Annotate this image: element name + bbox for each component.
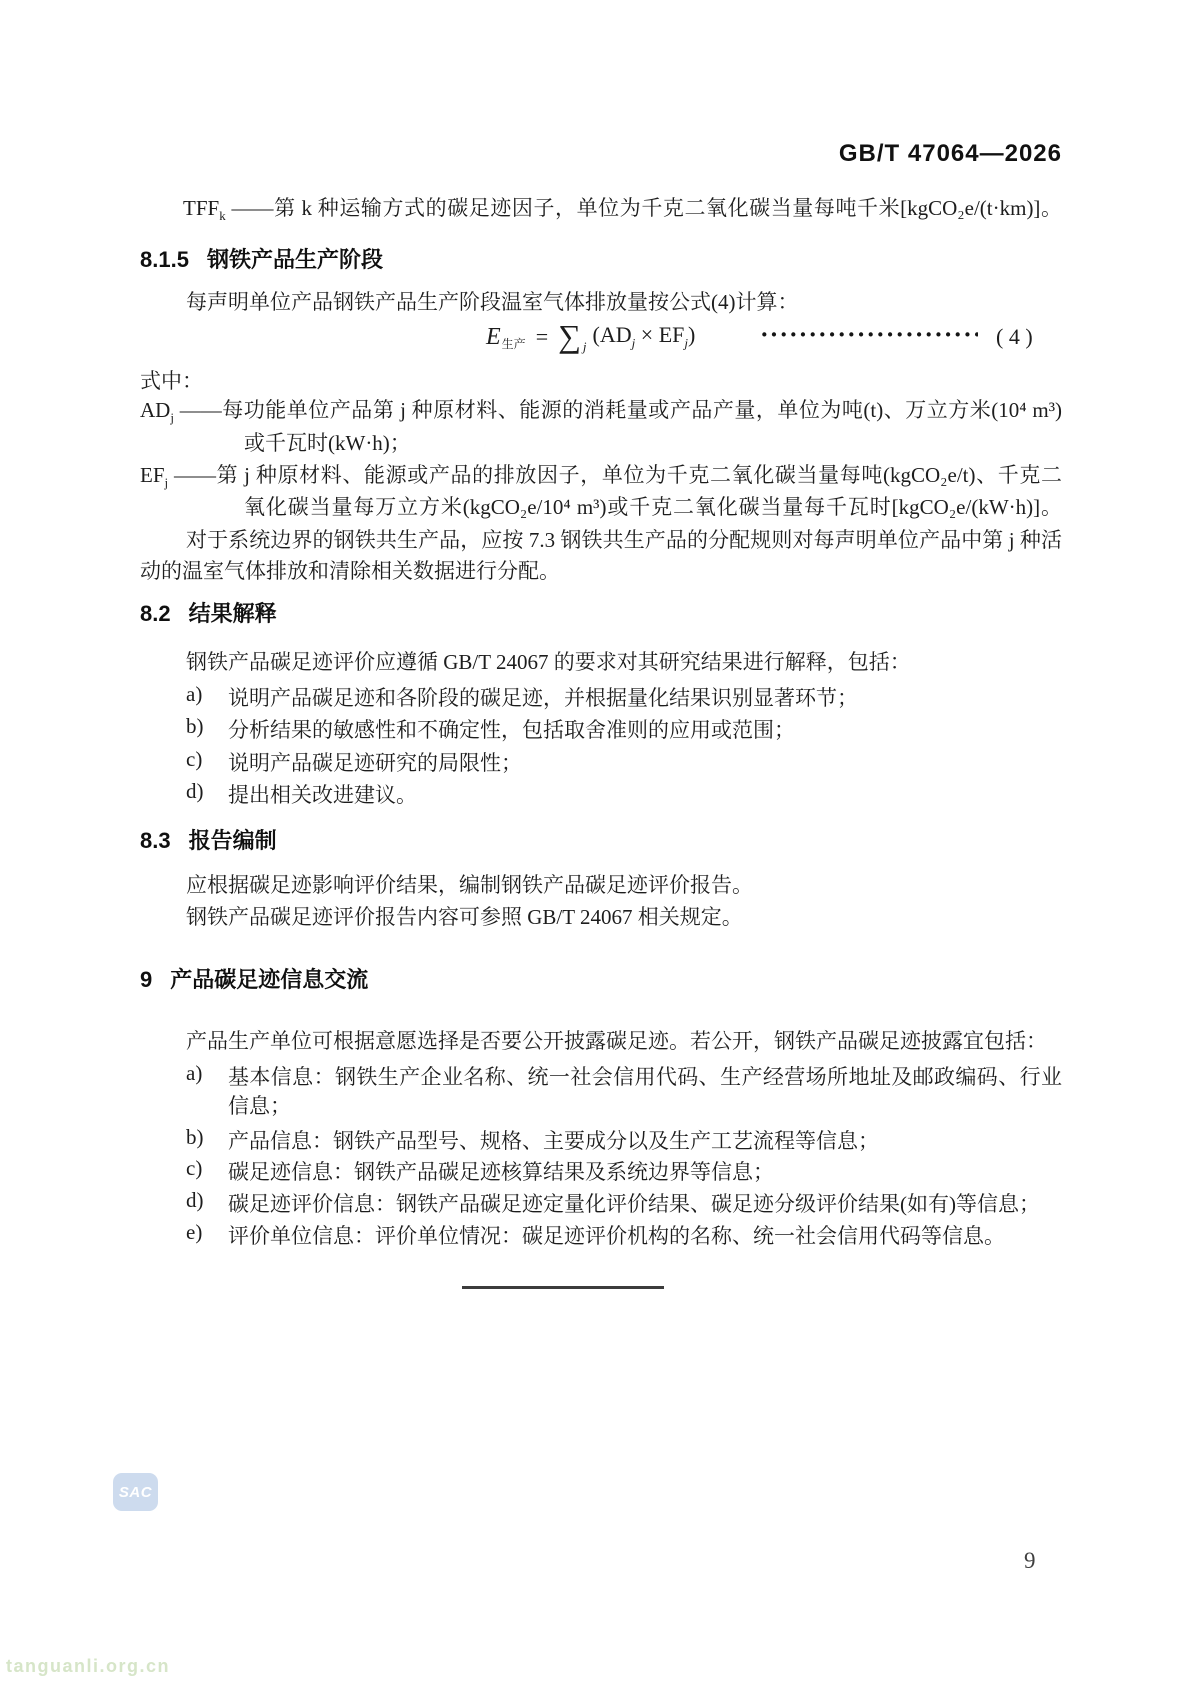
list-item: b)产品信息：钢铁产品型号、规格、主要成分以及生产工艺流程等信息； [186,1125,879,1155]
list-item-label: d) [186,1188,228,1218]
ef-definition-text: ——第 j 种原材料、能源或产品的排放因子，单位为千克二氧化碳当量每吨(kgCO… [168,463,1062,487]
list-item-label: b) [186,714,228,744]
list-item: e)评价单位信息：评价单位情况：碳足迹评价机构的名称、统一社会信用代码等信息。 [186,1220,1005,1250]
doc-number: GB/T 47064—2026 [839,140,1062,168]
list-item-text: 产品信息：钢铁产品型号、规格、主要成分以及生产工艺流程等信息； [228,1125,879,1155]
equation-term: (ADj × EFj) [593,322,696,351]
equation-lhs: E [486,324,501,351]
heading-number: 8.1.5 [140,247,189,272]
ad-definition-line: ADj ——每功能单位产品第 j 种原材料、能源的消耗量或产品产量，单位为吨(t… [140,397,1062,426]
tff-definition-text: ——第 k 种运输方式的碳足迹因子，单位为千克二氧化碳当量每吨千米[kgCO₂e… [226,196,1062,220]
equation-lhs-subscript: 生产 [502,335,526,352]
equation-4: E生产 = ∑j (ADj × EFj) [486,318,695,356]
list-item: a)说明产品碳足迹和各阶段的碳足迹，并根据量化结果识别显著环节； [186,682,858,712]
heading-number: 9 [140,967,152,992]
list-item: a)基本信息：钢铁生产企业名称、统一社会信用代码、生产经营场所地址及邮政编码、行… [186,1061,1062,1091]
list-item-text: 提出相关改进建议。 [228,779,417,809]
heading-title: 产品碳足迹信息交流 [170,967,368,992]
ef-definition-line: EFj ——第 j 种原材料、能源或产品的排放因子，单位为千克二氧化碳当量每吨(… [140,462,1062,491]
heading-title: 报告编制 [189,828,277,853]
ad-definition-continuation: 或千瓦时(kW·h)； [244,430,411,456]
list-item-text: 基本信息：钢铁生产企业名称、统一社会信用代码、生产经营场所地址及邮政编码、行业分… [228,1061,1062,1091]
ad-definition-text: ——每功能单位产品第 j 种原材料、能源的消耗量或产品产量，单位为吨(t)、万立… [174,398,1062,422]
list-item-label: a) [186,1061,228,1091]
list-item-text: 评价单位信息：评价单位情况：碳足迹评价机构的名称、统一社会信用代码等信息。 [228,1220,1005,1250]
interpretation-intro: 钢铁产品碳足迹评价应遵循 GB/T 24067 的要求对其研究结果进行解释，包括… [186,649,911,675]
where-label: 式中： [140,368,203,394]
heading-8-3: 8.3报告编制 [140,824,277,855]
equals-sign: = [536,324,548,350]
heading-8-1-5: 8.1.5钢铁产品生产阶段 [140,243,383,274]
list-item-text: 说明产品碳足迹研究的局限性； [228,747,522,777]
list-item: d)提出相关改进建议。 [186,779,417,809]
page-number: 9 [1024,1548,1036,1574]
heading-number: 8.2 [140,601,171,626]
formula-intro-paragraph: 每声明单位产品钢铁产品生产阶段温室气体排放量按公式(4)计算： [186,289,798,315]
disclosure-intro: 产品生产单位可根据意愿选择是否要公开披露碳足迹。若公开，钢铁产品碳足迹披露宜包括… [186,1028,1047,1054]
sigma-symbol: ∑ [558,320,581,352]
heading-8-2: 8.2结果解释 [140,597,277,628]
tff-definition-line: TFFk ——第 k 种运输方式的碳足迹因子，单位为千克二氧化碳当量每吨千米[k… [183,195,1062,224]
allocation-paragraph-line2: 动的温室气体排放和清除相关数据进行分配。 [140,558,560,584]
site-watermark: tanguanli.org.cn [6,1656,170,1677]
list-item: c)说明产品碳足迹研究的局限性； [186,747,522,777]
sigma-subscript: j [583,339,587,355]
standard-document-page: GB/T 47064—2026 TFFk ——第 k 种运输方式的碳足迹因子，单… [0,0,1190,1684]
tff-symbol: TFF [183,196,219,220]
equation-number: ( 4 ) [996,324,1033,350]
heading-title: 结果解释 [189,601,277,626]
section-end-divider [462,1286,664,1289]
list-item-continuation: 信息； [228,1093,291,1119]
list-item-label: b) [186,1125,228,1155]
allocation-paragraph-line1: 对于系统边界的钢铁共生产品，应按 7.3 钢铁共生产品的分配规则对每声明单位产品… [186,527,1062,553]
ad-symbol: AD [140,398,170,422]
list-item-label: d) [186,779,228,809]
equation-dot-leader: ········································… [760,320,978,354]
list-item: b)分析结果的敏感性和不确定性，包括取舍准则的应用或范围； [186,714,795,744]
sac-logo: SAC [113,1473,158,1511]
ef-definition-continuation: 氧化碳当量每万立方米(kgCO₂e/10⁴ m³)或千克二氧化碳当量每千瓦时[k… [244,494,1062,520]
list-item-label: e) [186,1220,228,1250]
ef-symbol: EF [140,463,165,487]
report-paragraph-2: 钢铁产品碳足迹评价报告内容可参照 GB/T 24067 相关规定。 [186,904,743,930]
list-item-label: a) [186,682,228,712]
list-item-label: c) [186,747,228,777]
sac-logo-text: SAC [119,1484,152,1501]
list-item-text: 说明产品碳足迹和各阶段的碳足迹，并根据量化结果识别显著环节； [228,682,858,712]
heading-title: 钢铁产品生产阶段 [207,247,383,272]
list-item: d)碳足迹评价信息：钢铁产品碳足迹定量化评价结果、碳足迹分级评价结果(如有)等信… [186,1188,1040,1218]
heading-9: 9产品碳足迹信息交流 [140,963,368,994]
list-item-label: c) [186,1156,228,1186]
list-item-text: 分析结果的敏感性和不确定性，包括取舍准则的应用或范围； [228,714,795,744]
heading-number: 8.3 [140,828,171,853]
list-item: c)碳足迹信息：钢铁产品碳足迹核算结果及系统边界等信息； [186,1156,774,1186]
report-paragraph-1: 应根据碳足迹影响评价结果，编制钢铁产品碳足迹评价报告。 [186,872,753,898]
list-item-text: 碳足迹评价信息：钢铁产品碳足迹定量化评价结果、碳足迹分级评价结果(如有)等信息； [228,1188,1040,1218]
list-item-text: 碳足迹信息：钢铁产品碳足迹核算结果及系统边界等信息； [228,1156,774,1186]
